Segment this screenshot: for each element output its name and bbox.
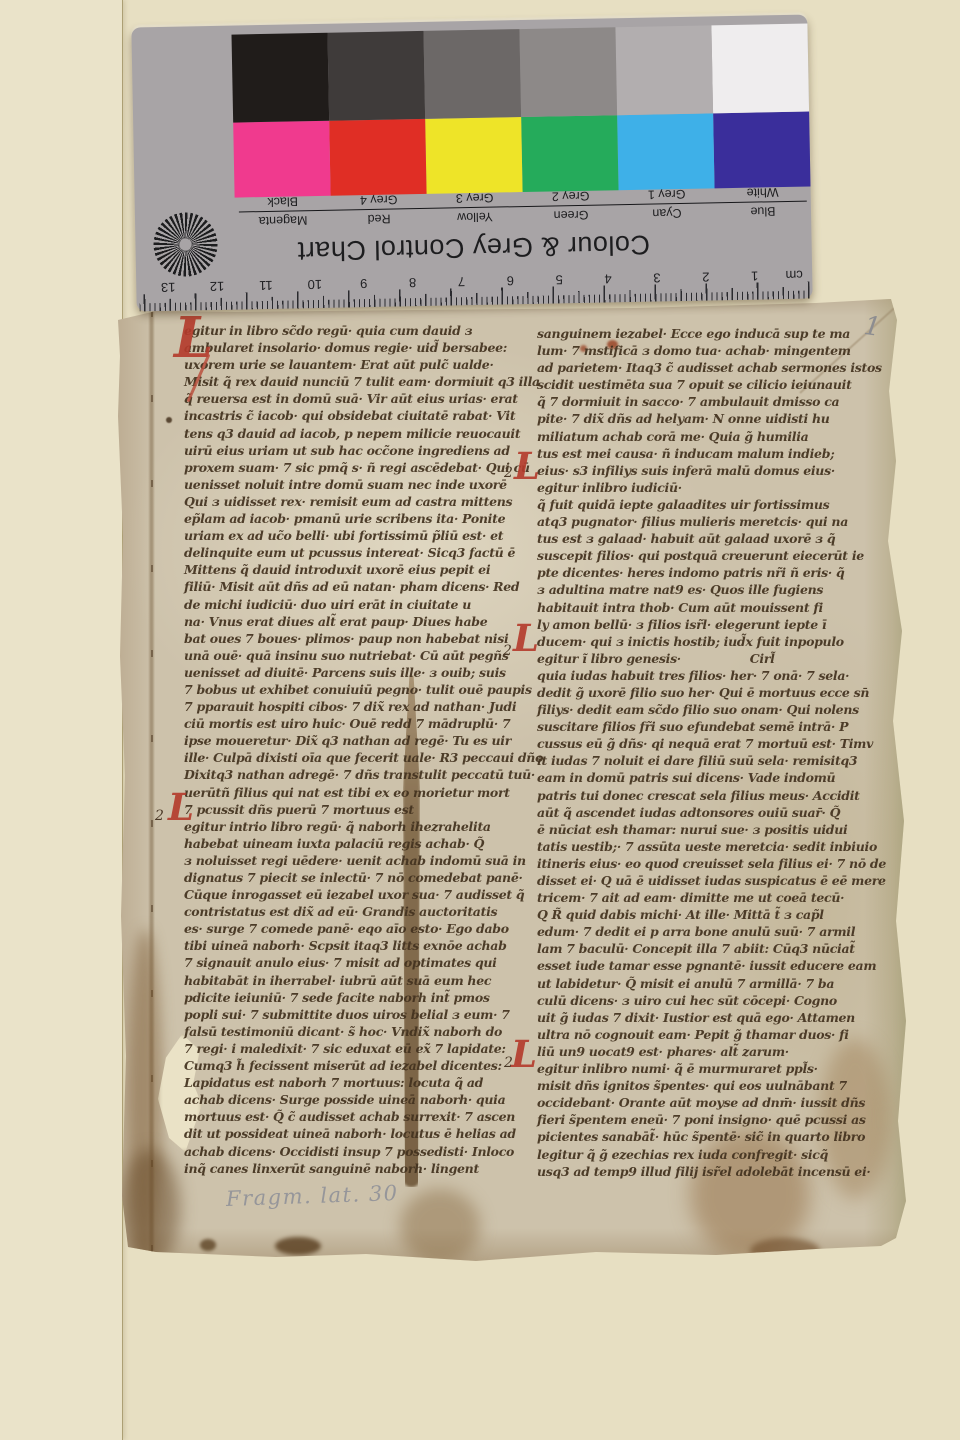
mat-board-left-edge (0, 0, 123, 1440)
manuscript-text-line: uit g̃ iudas 7 dixit· Iustior est quā e… (537, 1009, 872, 1026)
manuscript-text-line: eam in domū patris sui dicens· Vade ind… (537, 769, 872, 786)
manuscript-text-line: ē nūciat esh thamar: nurui sue· з posi… (537, 821, 872, 838)
manuscript-text-line: proxem suam· 7 sic pmq̃ s· ñ regi ascē… (184, 459, 529, 476)
grey-patch (519, 27, 617, 117)
grey-patch (423, 29, 521, 119)
manuscript-photo: egitur in libro sc̃do regū· quia cum da… (0, 0, 960, 1440)
grey-patch (711, 24, 809, 114)
manuscript-text-line: filiys· dedit eam sc̃do filio suo onam· … (537, 701, 872, 718)
manuscript-text-line: egitur intrio libro regū· q̃ naborh ihe… (184, 818, 529, 835)
starburst-focus-target-icon (153, 212, 218, 277)
manuscript-text-line: picientes sanabāt̃· hūc s̃pentē· sic̃… (537, 1128, 872, 1145)
manuscript-text-line: Cūque inrogasset eū iezabel uxor sua· … (184, 886, 529, 903)
ruler-number: 13 (144, 279, 193, 295)
manuscript-text-line: dedit g̃ uxorē filio suo her· Qui ē mo… (537, 684, 872, 701)
patch-label: Magenta (235, 212, 331, 230)
manuscript-text-line: es· surge 7 comede panē· eqo aīo esto·… (184, 920, 529, 937)
ruler-number: 6 (486, 273, 535, 289)
ruler-number: 3 (632, 270, 681, 286)
ruler-number: 5 (535, 272, 584, 288)
manuscript-text-line: misit dñs ignitos s̃pentes· qui eos uul… (537, 1077, 872, 1094)
manuscript-text-line: mortuus est· Q̃ c̃ audisset achab surrex… (184, 1108, 529, 1125)
ruler-number: 9 (339, 276, 388, 292)
stain (400, 1189, 480, 1264)
manuscript-text-line: aūt q̃ ascendet iudas adtonsores ouiū … (537, 804, 872, 821)
manuscript-text-line: uenisset noluit intre domū suam nec ind… (184, 476, 529, 493)
margin-number: 2 (503, 643, 512, 659)
manuscript-text-line: ad parietem· Itaq3 c̃ audisset achab ser… (537, 359, 872, 376)
manuscript-text-line: ducem· qui з inictis hostib; iud̃x fuit … (537, 633, 872, 650)
rubric-initial: L (513, 620, 539, 657)
manuscript-text-line: ep̃lam ad iacob· pmanū urie scribens it… (184, 510, 529, 527)
text-column-left: egitur in libro sc̃do regū· quia cum da… (184, 322, 529, 1177)
manuscript-text-line: q̃ 7 dormiuit in sacco· 7 ambulauit dmis… (537, 393, 872, 410)
ruler-number: 8 (388, 275, 437, 291)
manuscript-text-line: miliatum achab corā me· Quia g̃ humilia (537, 428, 872, 445)
ruler-number: 2 (681, 269, 730, 285)
manuscript-text-line: sanguinem iezabel· Ecce ego inducā sup … (537, 325, 872, 342)
patch-label: Cyan (619, 204, 715, 222)
manuscript-text-line: Lapidatus est naborh 7 mortuus: locuta q… (184, 1074, 529, 1091)
color-patch (521, 115, 618, 192)
rubric-initial: L (514, 448, 540, 485)
manuscript-text-line: pite· 7 dix̃ dñs ad helyam· N onne uidi… (537, 410, 872, 427)
manuscript-text-line: uerūtñ filius qui nat est tibi ex eo m… (184, 784, 529, 801)
manuscript-text-line: filiū· Misit aūt dñs ad eū natan· ph… (184, 578, 529, 595)
manuscript-text-line: habitauit intra thob· Cum aūt mouissent… (537, 599, 872, 616)
manuscript-text-line: delinquite eum ut pcussus intereat· Sicq… (184, 544, 529, 561)
color-patch (425, 117, 522, 194)
manuscript-text-line: cussus eū g̃ dñs· qi nequā erat 7 mor… (537, 735, 872, 752)
manuscript-text-line: culū dicens· з uiro cui hec sūt cōcep… (537, 992, 872, 1009)
ruler-number: 10 (290, 277, 339, 293)
manuscript-text-line: Mittens q̃ dauid introduxit uxorē eius … (184, 561, 529, 578)
manuscript-text-line: disset ei· Q uā ē uidisset iudas suspi… (537, 872, 872, 889)
manuscript-text-line: habebat uineam iuxta palaciū regis acha… (184, 835, 529, 852)
stain (275, 1237, 321, 1255)
rubric-initial: L (168, 789, 194, 826)
manuscript-text-line: ultra nō cognouit eam· Pepit g̃ thamar … (537, 1026, 872, 1043)
chart-title: Colour & Grey Control Chart (227, 227, 720, 267)
manuscript-text-line: q̃ fuit quidā iepte galaadites uir fort… (537, 496, 872, 513)
manuscript-text-line: lam 7 baculū· Concepit illa 7 abiit: Cu… (537, 940, 872, 957)
manuscript-text-line: ipse moueretur· Dix̃ q3 nathan ad regē·… (184, 732, 529, 749)
patch-label: Yellow (427, 208, 523, 226)
manuscript-text-line: tatis uestib;· 7 assūta ueste meretcia·… (537, 838, 872, 855)
margin-number: 2 (504, 1055, 513, 1071)
manuscript-text-line: scidit uestimēta sua 7 opuit se cilicio… (537, 376, 872, 393)
manuscript-text-line: atq3 pugnator· filius mulieris meretcis·… (537, 513, 872, 530)
manuscript-text-line: contristatus est dix̃ ad eū· Grandis au… (184, 903, 529, 920)
manuscript-text-line: uirū eius uriam ut sub hac occ̃one ingr… (184, 442, 529, 459)
color-patch (329, 119, 426, 196)
manuscript-text-line: achab dicens· Occidisti insup 7 possedis… (184, 1143, 529, 1160)
stain (750, 1238, 820, 1264)
ruler-unit-label: cm (779, 268, 809, 284)
manuscript-text-line: pte dicentes· heres indomo patris nr̃i n… (537, 564, 872, 581)
ruler-number: 4 (584, 271, 633, 287)
manuscript-text-line: legitur q̃ g̃ ezechias rex iuda confregi… (537, 1146, 872, 1163)
manuscript-text-line: tus est mei causa· ñ inducam malum indi… (537, 445, 872, 462)
grey-patch (327, 31, 425, 121)
manuscript-text-line: edum· 7 dedit ei p arra bone anulū suū… (537, 923, 872, 940)
manuscript-text-line: usq3 ad temp9 illud filij isr̃el adoleba… (537, 1163, 872, 1180)
manuscript-text-line: bat oues 7 boues· plimos· paup non habeb… (184, 630, 529, 647)
manuscript-text-line: fieri s̃pentem eneū· 7 poni insigno· qu… (537, 1111, 872, 1128)
manuscript-text-line: it iudas 7 noluit ei dare filiū suū se… (537, 752, 872, 769)
manuscript-text-line: uenisset ad diuitē· Parcens suis ille· … (184, 664, 529, 681)
manuscript-text-line: habitabāt in iherrabel· iubrū aūt sua… (184, 972, 529, 989)
ruler-number: 7 (437, 274, 486, 290)
margin-number: 2 (155, 808, 164, 824)
manuscript-text-line: ille· Culpā dixisti oīa que fecerit ua… (184, 749, 529, 766)
manuscript-text-line: Q R̃ quid dabis michi· At ille· Mittā t… (537, 906, 872, 923)
manuscript-text-line: tens q3 dauid ad iacob, p nepem milicie … (184, 425, 529, 442)
manuscript-text-line: inq̃ canes linxerūt sanguinē naborh· l… (184, 1160, 529, 1177)
manuscript-text-line: incastris c̃ iacob· qui obsidebat ciuita… (184, 407, 529, 424)
stain (166, 417, 172, 423)
patch-label: Red (331, 210, 427, 228)
manuscript-text-line: falsū testimoniū dicant· s̃ hoc· Vndix… (184, 1023, 529, 1040)
manuscript-text-line: 7 regi· i maledixit· 7 sic eduxat eū ex… (184, 1040, 529, 1057)
manuscript-text-line: ut labidetur· Q̃ misit ei anulū 7 armil… (537, 975, 872, 992)
manuscript-text-line: з noluisset regi uēdere· uenit achab in… (184, 852, 529, 869)
patch-area (231, 24, 810, 198)
manuscript-text-line: patris tui donec crescat sela filius meu… (537, 787, 872, 804)
manuscript-text-line: egitur ĩ libro genesis· Cirl̃ (537, 650, 872, 667)
manuscript-text-line: tricem· 7 ait ad eam· dimitte me ut coea… (537, 889, 872, 906)
manuscript-text-line: lum· 7 mstificā з domo tua· achab· ming… (537, 342, 872, 359)
manuscript-text-line: Qui з uidisset rex· remisit eum ad castr… (184, 493, 529, 510)
manuscript-text-line: з adultina matre nat9 es· Quos ille fugi… (537, 581, 872, 598)
manuscript-text-line: quia iudas habuit tres filios· her· 7 on… (537, 667, 872, 684)
color-control-chart: cm 12345678910111213 Colour & Grey Contr… (131, 15, 812, 312)
color-patch (713, 112, 810, 189)
manuscript-text-line: 7 bobus ut exhibet conuiuiū pegno· tuli… (184, 681, 529, 698)
ruler-number: 12 (192, 278, 241, 294)
manuscript-text-line: uxorem urie se lauantem· Erat aūt pulc̃… (184, 356, 529, 373)
manuscript-text-line: unā ouē· quā insinu suo nutriebat· Cu… (184, 647, 529, 664)
manuscript-text-line: eius· s3 infiliys suis inferā malū dom… (537, 462, 872, 479)
manuscript-text-line: uriam ex ad uc̃o belli· ubi fortissimū … (184, 527, 529, 544)
manuscript-text-line: Dixitq3 nathan adregē· 7 dñs transtuli… (184, 766, 529, 783)
rubric-initial: L (511, 1036, 537, 1073)
color-patch-row (233, 112, 810, 198)
manuscript-text-line: popli sui· 7 submittite duos uiros belia… (184, 1006, 529, 1023)
manuscript-text-line: esset iude tamar esse pgnantē· iussit e… (537, 957, 872, 974)
manuscript-text-line: 7 pparauit hospiti cibos· 7 dix̃ rex ad … (184, 698, 529, 715)
manuscript-text-line: de michi iudiciū· duo uiri erāt in ciu… (184, 596, 529, 613)
manuscript-text-line: ambularet insolario· domus regie· uid̃ b… (184, 339, 529, 356)
patch-label: Green (523, 206, 619, 224)
manuscript-text-line: tibi uineā naborh· Scpsit itaq3 litts e… (184, 937, 529, 954)
manuscript-text-line: tus est з galaad· habuit aūt galaad uxo… (537, 530, 872, 547)
color-patch (617, 113, 714, 190)
manuscript-text-line: egitur inlibro numi· q̃ ē murmuraret pp… (537, 1060, 872, 1077)
manuscript-text-line: liū un9 uocat9 est· phares· alt̃ zarum· (537, 1043, 872, 1060)
manuscript-text-line: dignatus 7 piecit se inlectū· 7 nō com… (184, 869, 529, 886)
patch-label: Blue (715, 203, 811, 221)
ruler-number: 11 (241, 278, 290, 294)
manuscript-text-line: occidebant· Orante aūt moyse ad dnm̄· i… (537, 1094, 872, 1111)
manuscript-text-line: Misit q̃ rex dauid nunciū 7 tulit eam· … (184, 373, 529, 390)
manuscript-text-line: egitur in libro sc̃do regū· quia cum da… (184, 322, 529, 339)
manuscript-text-line: achab dicens· Surge posside uineā nabor… (184, 1091, 529, 1108)
manuscript-text-line: 7 signauit anulo eius· 7 misit ad optima… (184, 954, 529, 971)
manuscript-text-line: na· Vnus erat diues alt̃ erat paup· Diue… (184, 613, 529, 630)
manuscript-text-line: ciū mortis est uiro huic· Ouē redd 7 m… (184, 715, 529, 732)
manuscript-text-line: q̃ reuersa est in domū suā· Vir aūt e… (184, 390, 529, 407)
ruler-number: 1 (730, 268, 779, 284)
manuscript-text-line: pdicite ieiuniū· 7 sede facite naborh i… (184, 989, 529, 1006)
text-column-right: sanguinem iezabel· Ecce ego inducā sup … (537, 325, 872, 1180)
grey-patch (231, 33, 329, 123)
manuscript-text-line: suscitare filios fr̃i suo efundebat seme… (537, 718, 872, 735)
manuscript-text-line: itineris eius· eo quod creuisset sela fi… (537, 855, 872, 872)
color-patch (233, 121, 330, 198)
margin-number: 2 (504, 465, 513, 481)
manuscript-text-line: ly amon bellū· з filios isr̃l· elegerun… (537, 616, 872, 633)
manuscript-text-line: dit ut possideat uineā naborh· locutus … (184, 1125, 529, 1142)
manuscript-text-line: suscepit filios· qui postquā creuerunt … (537, 547, 872, 564)
manuscript-text-line: Cumq3 h̃ fecissent miserūt ad iezabel d… (184, 1057, 529, 1074)
grey-patch (615, 25, 713, 115)
stain (200, 1239, 216, 1251)
stain (120, 1149, 180, 1269)
grey-patch-row (231, 24, 809, 123)
manuscript-text-line: egitur inlibro iudiciū· (537, 479, 872, 496)
manuscript-text-line: 7 pcussit dñs puerū 7 mortuus est (184, 801, 529, 818)
